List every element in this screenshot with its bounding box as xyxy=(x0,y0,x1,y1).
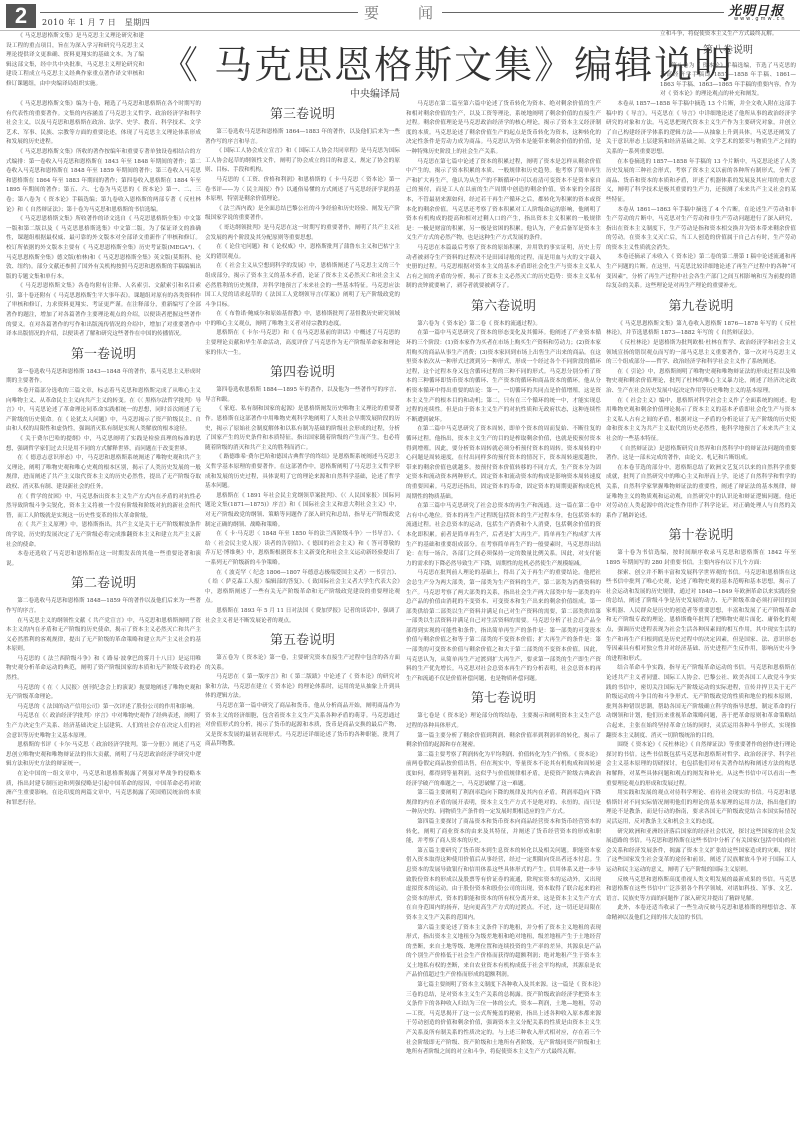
vol3-paragraph: 《 哥达纲领批判》是马克思在这一时期写的重要著作，阐明了共产主义社会发展的两个阶… xyxy=(205,224,400,243)
vol5-paragraph: 马克思在第七篇中论述了资本的积累过程，阐明了资本是怎样从剩余价值中产生的，揭示了… xyxy=(406,158,601,244)
vol5-paragraph: 马克思在第二篇至第六篇中论述了货币转化为资本、绝对剩余价值的生产和相对剩余价值的… xyxy=(406,100,601,158)
vol1-paragraph: 第一卷选收马克思和恩格斯 1843—1848 年的著作，系马克思主义形成时期的主… xyxy=(6,368,201,387)
vol7-paragraph: 第七卷是《 资本论》理论部分的终结卷，主要揭示和阐明资本主义生产总过程的各种具体… xyxy=(406,712,601,731)
section-heading-vol7: 第七卷说明 xyxy=(406,688,601,710)
vol1-paragraph: 本卷还选收了马克思和恩格斯在这一时期发表的其他一些重要论著和演说。 xyxy=(6,550,201,569)
vol2-paragraph: 恩格斯的书评《 卡尔·马克思〈 政治经济学批判。第一分册〉》阐述了马克思创立唯物… xyxy=(6,741,201,770)
vol4-paragraph: 第四卷选收恩格斯 1884—1895 年的著作，以及他为一些著作写的序言、导言和… xyxy=(205,386,400,405)
vol2-paragraph: 马克思的《 法兰西阶级斗争》和《 路易·波拿巴的雾月十八日》是运用唯物史观分析革… xyxy=(6,655,201,684)
vol9-paragraph: 在《 社会主义》编中，恩格斯对科学社会主义作了全面系统的阐述。他用唯物史观和剩余… xyxy=(606,397,796,445)
vol3-paragraph: 《 国际工人协会成立宣言》和《 国际工人协会共同章程》是马克思为国际工人协会起草… xyxy=(205,147,400,176)
overview-paragraph: 《 马克思恩格斯文集》编为十卷，精选了马克思和恩格斯在各个时期写的有代表性的重要… xyxy=(6,100,201,148)
vol7-paragraph: 第三篇主要阐明了利润率趋向下降的规律及其内在矛盾。利润率趋向下降规律的内在矛盾的… xyxy=(406,789,601,818)
column-3: 马克思在第二篇至第六篇中论述了货币转化为资本、绝对剩余价值的生产和相对剩余价值的… xyxy=(406,100,601,1140)
article-title: 《 马克思恩格斯文集》编辑说明 xyxy=(160,34,600,89)
vol5-paragraph: 马克思在《 第一版序言》和《 第二版跋》中论述了《 资本论》的研究对象和方法，马… xyxy=(205,673,400,702)
overview-paragraph: 《 马克思恩格斯文集》所收的著作按编年和重要专著单独设卷相结合的方式编排：第一卷… xyxy=(6,148,201,215)
vol4-paragraph: 恩格斯在《 1891 年社会民主党纲领草案批判》、《〈 人民国家报〉国际问题论文… xyxy=(205,492,400,530)
vol2-paragraph: 在马克思主义的纲领性文献《 共产党宣言》中，马克思和恩格斯阐明了资本主义的内在矛… xyxy=(6,617,201,655)
vol2-paragraph: 马克思的《 法国的动产信用公司》第一次评述了股份公司的作用和影响。 xyxy=(6,703,201,713)
vol9-paragraph: 在《 引论》中，恩格斯阐明了唯物史观和唯物辩证法的形成过程以及唯物史观和剩余价值… xyxy=(606,368,796,397)
vol3-paragraph: 在《 社会主义从空想到科学的发展》中，恩格斯阐述了马克思主义的三个组成部分，揭示… xyxy=(205,262,400,310)
vol3-paragraph: 《 法兰西内战》是全面总结巴黎公社的斗争经验和历史经验、阐发无产阶级国家学说的重… xyxy=(205,205,400,224)
vol4-paragraph: 《 路德维希·费尔巴哈和德国古典哲学的终结》是恩格斯系统阐述马克思主义哲学基本原… xyxy=(205,453,400,491)
overview-paragraph: 《 马克思恩格斯文集》所收著作的译文选自《 马克思恩格斯全集》中文第一版和第二版… xyxy=(6,215,201,282)
section-heading-vol3: 第三卷说明 xyxy=(205,104,400,126)
vol6-paragraph: 第六卷为《 资本论》第二卷《 资本的流通过程》。 xyxy=(406,320,601,330)
section-heading-vol2: 第二卷说明 xyxy=(6,573,201,595)
masthead: 2 2010 年 1 月 7 日 星期四 要 闻 光明日报 www.gmw.cn xyxy=(0,0,800,30)
vol10-paragraph: 反映马克思和恩格斯高度重视人类文明发展的最新成果的书信。马克思和恩格斯在这些书信… xyxy=(606,876,796,905)
article-byline: 中央编译局 xyxy=(305,85,445,100)
vol7-paragraph: 第二篇主要考察了利润转化为平均利润、价值转化为生产价格。《 资本论》前两卷假定商… xyxy=(406,751,601,789)
vol10-paragraph: 第十卷为书信选编，按时间顺序收录马克思和恩格斯在 1842 年至 1895 年期… xyxy=(606,549,796,568)
vol2-paragraph: 马克思的《 在〈 人民报〉创刊纪念会上的演说》扼要地阐述了唯物史观和无产阶级革命… xyxy=(6,684,201,703)
vol3-paragraph: 恩格斯在《 卡尔·马克思》和《 在马克思墓前的讲话》中概述了马克思的主要理论贡献… xyxy=(205,329,400,358)
intro-paragraph: 《 马克思恩格斯文集》是马克思主义理论研究和建设工程的重点项目，旨在为深入学习和… xyxy=(6,32,144,90)
vol7-paragraph: 第四篇主要探讨了商品资本和货币资本向商品经营资本和货币经营资本的转化，阐明了商业… xyxy=(406,818,601,847)
overview-paragraph: 《 马克思恩格斯文集》各卷均附有注释、人名索引、文献索引和名目索引，第十卷还附有… xyxy=(6,282,201,340)
section-heading-vol4: 第四卷说明 xyxy=(205,362,400,384)
vol8-paragraph: 本卷还摘录了未收入《 资本论》第二卷的第二册第 I 稿中论述流通和再生产问题的片… xyxy=(606,253,796,291)
section-heading-vol5: 第五卷说明 xyxy=(205,630,400,652)
vol1-paragraph: 在《 哲学的贫困》中，马克思指出资本主义生产方式内在矛盾的对抗性必然导致阶级斗争… xyxy=(6,493,201,522)
vol10-paragraph: 探索、创立并不断丰富和发展科学世界观的书信。马克思和恩格斯在这些书信中批判了唯心… xyxy=(606,569,796,665)
vol7-paragraph: 第七篇主要阐明了资本主义制度下各种收入及其来源。这一篇是《 资本论》三卷的总结，… xyxy=(406,981,601,1058)
column-2: 第三卷说明 第三卷选收马克思和恩格斯 1864—1883 年的著作，以及他们后来… xyxy=(205,100,400,1140)
header-rule-left xyxy=(40,12,358,13)
vol3-paragraph: 在《 论住宅问题》和《 论权威》中，恩格斯批判了蒲鲁东主义和巴枯宁主义的错误观点… xyxy=(205,243,400,262)
page-number: 2 xyxy=(6,4,36,28)
vol1-paragraph: 本卷开篇部分选收的三篇文章，标志着马克思和恩格斯完成了从唯心主义向唯物主义、从革… xyxy=(6,387,201,435)
vol3-paragraph: 在《 布鲁诺·鲍威尔和原始基督教》中，恩格斯批判了基督教历史研究领域中的唯心主义… xyxy=(205,310,400,329)
vol5-paragraph: 马克思在第一篇中研究了商品和货币，他从分析商品开始，阐明商品作为资本主义的经济细… xyxy=(205,702,400,750)
vol1-paragraph: 在《 共产主义原理》中，恩格斯指出，共产主义是关于无产阶级解放条件的学说，历史的… xyxy=(6,521,201,550)
section-heading-vol8: 第八卷说明 xyxy=(606,43,796,59)
vol3-paragraph: 第三卷选收马克思和恩格斯 1864—1883 年的著作，以及他们后来为一些著作写… xyxy=(205,128,400,147)
article-intro: 《 马克思恩格斯文集》是马克思主义理论研究和建设工程的重点项目，旨在为深入学习和… xyxy=(6,32,144,90)
section-label-char-2: 闻 xyxy=(418,2,433,23)
section-heading-vol10: 第十卷说明 xyxy=(606,525,796,547)
vol1-paragraph: 在《 德意志意识形态》中，马克思和恩格斯系统阐述了唯物史观和共产主义理论，阐明了… xyxy=(6,454,201,492)
vol8-paragraph: 本卷从 1857—1858 年手稿中摘选 13 个片断，并全文收入附在这部手稿中… xyxy=(606,100,796,158)
column-1: 《 马克思恩格斯文集》编为十卷，精选了马克思和恩格斯在各个时期写的有代表性的重要… xyxy=(6,100,201,1144)
vol7-paragraph: 第一篇主要分析了剩余价值到利润、剩余价值率到利润率的转化，揭示了剩余价值的起源和… xyxy=(406,732,601,751)
vol6-paragraph: 在第三篇中马克思研究了社会总资本的再生产和流通。这一篇在第二卷中占有中心地位。资… xyxy=(406,502,601,569)
vol10-paragraph: 结合革命斗争实践，指导无产阶级革命运动的书信。马克思和恩格斯在论述共产主义者同盟… xyxy=(606,664,796,741)
vol8-paragraph: 在本卷摘选的 1857—1858 年手稿的 13 个片断中，马克思论述了人类历史… xyxy=(606,158,796,206)
vol5-paragraph: 马克思在本篇最后考察了资本的原始积累，并用铁的事实证明，历史上劳动者被剥夺生产资… xyxy=(406,244,601,292)
vol2-paragraph: 在论中国的一组文章中，马克思和恩格斯揭露了列强对华战争的侵略本质，指出封建专制压… xyxy=(6,770,201,808)
vol4-paragraph: 《 家庭、私有制和国家的起源》是恩格斯阐发历史唯物主义理论的重要著作。恩格斯在这… xyxy=(205,405,400,453)
vol8-paragraph: 本卷从 1861—1863 年手稿中摘选了 4 个片断。在论述生产劳动和非生产劳… xyxy=(606,206,796,254)
vol2-paragraph: 第二卷选收马克思和恩格斯 1848—1859 年的著作以及他们后来为一些著作写的… xyxy=(6,597,201,616)
vol4-paragraph: 在《 卡·马克思〈 1848 年至 1850 年的法兰西阶级斗争〉一书导言》、《… xyxy=(205,530,400,568)
section-label-char-1: 要 xyxy=(364,2,379,23)
vol7-paragraph: 第五篇主要研究了货币资本到生息资本的转化以及相关问题。职能资本家借入资本取得这种… xyxy=(406,847,601,924)
vol10-paragraph: 研究欧洲和亚洲经济落后国家的经济社会状况，探讨这些国家的社会发展道路的书信。马克… xyxy=(606,828,796,876)
vol2-paragraph: 马克思在《〈 政治经济学批判〉序言》中对唯物史观作了经典表述，阐明了生产力决定生… xyxy=(6,712,201,741)
vol6-paragraph: 在第一篇中马克思研究了资本的形态变化及其循环。他阐述了产业资本循环的三个阶段：(… xyxy=(406,329,601,425)
vol6-paragraph: 马克思在批判前人理论的基础上，得出了关于再生产的重要结论。他把社会总生产分为两大… xyxy=(406,569,601,684)
vol5-paragraph: 第五卷为《 资本论》第一卷，主要研究资本直接生产过程中包含的各方面的关系。 xyxy=(205,654,400,673)
section-heading-vol9: 第九卷说明 xyxy=(606,296,796,318)
column-4: 立和斗争，将促使资本主义生产方式最终瓦解。 第八卷说明 第八卷为《 资本论》手稿… xyxy=(606,30,796,1142)
vol3-paragraph: 马克思的《 工资、价格和利润》和恩格斯的《 卡·马克思〈 资本论〉第一卷书评——… xyxy=(205,176,400,205)
header-rule-right xyxy=(442,12,724,13)
vol9-paragraph: 《 马克思恩格斯文集》第九卷收入恩格斯 1876—1878 年写的《 反杜林论》… xyxy=(606,320,796,339)
vol1-paragraph: 《 关于费尔巴哈的提纲》中，马克思阐明了实践是检验真理的标准的思想，强调哲学家们… xyxy=(6,435,201,454)
section-heading-vol1: 第一卷说明 xyxy=(6,344,201,366)
vol9-paragraph: 在本卷节选的部分中，恩格斯总结了欧洲文艺复兴以来的自然科学重要成就，批判了自然研… xyxy=(606,464,796,522)
vol9-paragraph: 《 反杜林论》是恩格斯为批判欧根·杜林在哲学、政治经济学和社会主义领域宣扬的错误… xyxy=(606,339,796,368)
newspaper-url: www.gmw.cn xyxy=(734,16,787,22)
vol10-paragraph: 此外，本卷还适当收录了一些生动反映马克思和恩格斯的理想信念、革命精神以及他们之间… xyxy=(606,904,796,923)
vol7-paragraph: 第六篇主要论述了资本主义条件下的地租，并分析了资本主义地租的表现形式，指出资本主… xyxy=(406,924,601,982)
vol10-paragraph: 用实践和发展的观点对待科学理论、看待社会现实的书信。马克思和恩格斯针对不同实际情… xyxy=(606,789,796,827)
vol9-paragraph: 《 自然辩证法》是恩格斯研究自然界和自然科学中的辩证法问题的重要著作。这是一部未… xyxy=(606,445,796,464)
column-4-lead: 立和斗争，将促使资本主义生产方式最终瓦解。 xyxy=(606,30,796,40)
section-heading-vol6: 第六卷说明 xyxy=(406,296,601,318)
vol6-paragraph: 在第二篇中马克思研究了资本周转，即单个资本的周而复始、不断往复的循环过程。他指出… xyxy=(406,425,601,502)
issue-date: 2010 年 1 月 7 日 星期四 xyxy=(42,17,150,28)
vol4-paragraph: 在《 波克罕〈 纪念 1806—1807 年德意志极端爱国主义者〉一书引言》、《… xyxy=(205,569,400,607)
vol10-paragraph: 围绕《 资本论》《 反杜林论》《 自然辩证法》等重要著作的创作进行理论探讨的书信… xyxy=(606,741,796,789)
vol8-paragraph: 第八卷为《 资本论》手稿选编，节选了马克思的三部经济学手稿即 1857—1858… xyxy=(606,62,796,100)
vol4-paragraph: 恩格斯在 1893 年 5 月 11 日对法国《 费加罗报》记者的谈话中，强调了… xyxy=(205,607,400,626)
